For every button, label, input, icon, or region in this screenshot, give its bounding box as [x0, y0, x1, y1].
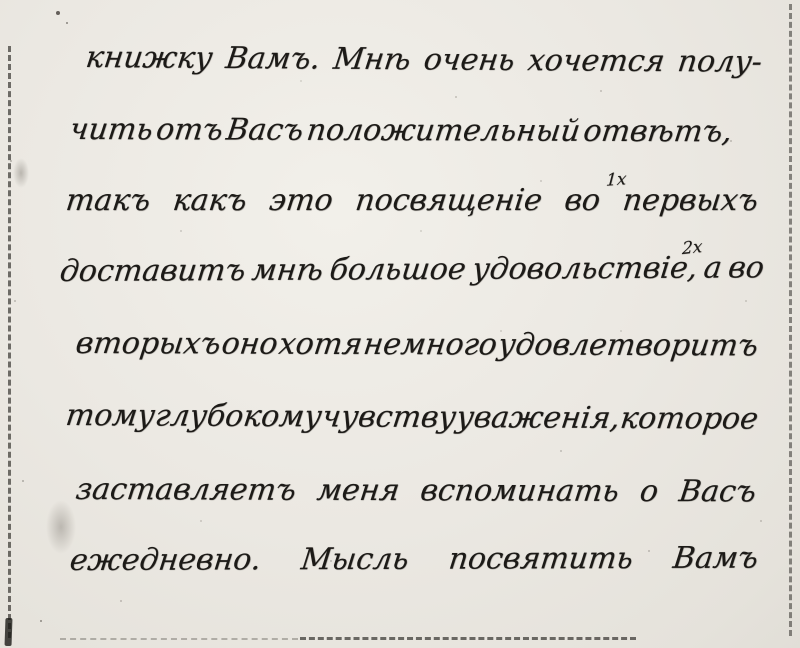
handwriting-line-2: читьотъВасъположительныйотвѣтъ,	[68, 112, 734, 149]
handwriting-line-4: доставитъмнѣбольшоеудовольствіе,аво	[58, 250, 766, 289]
handwriting-line-3: такъкакъэтопосвященіевопервыхъ	[64, 183, 760, 218]
paper-noise-speckles	[0, 0, 2, 2]
superscript-abbreviation-mark-1: 1х	[605, 169, 627, 191]
handwriting-line-5: вторыхъонохотянемногоудовлетворитъ	[74, 326, 760, 363]
paper-smudge	[13, 158, 29, 188]
bottom-edge-tear-marks	[300, 637, 636, 640]
left-edge-tear-marks	[8, 46, 11, 638]
handwriting-line-6: томуглубокомучувствууваженія,которое	[64, 398, 760, 437]
right-edge-tear-marks	[789, 4, 792, 636]
manuscript-page: книжкуВамъ.Мнѣоченьхочетсяполу- читьотъВ…	[0, 0, 800, 648]
superscript-abbreviation-mark-2: 2х	[682, 237, 703, 259]
handwriting-line-7: заставляетъменявспоминатьоВасъ	[74, 472, 758, 509]
handwriting-line-8: ежедневно.МысльпосвятитьВамъ	[68, 541, 760, 578]
left-edge-ink-blob	[5, 618, 13, 646]
bottom-edge-tear-marks	[60, 638, 298, 640]
handwriting-line-1: книжкуВамъ.Мнѣоченьхочетсяполу-	[84, 40, 765, 80]
